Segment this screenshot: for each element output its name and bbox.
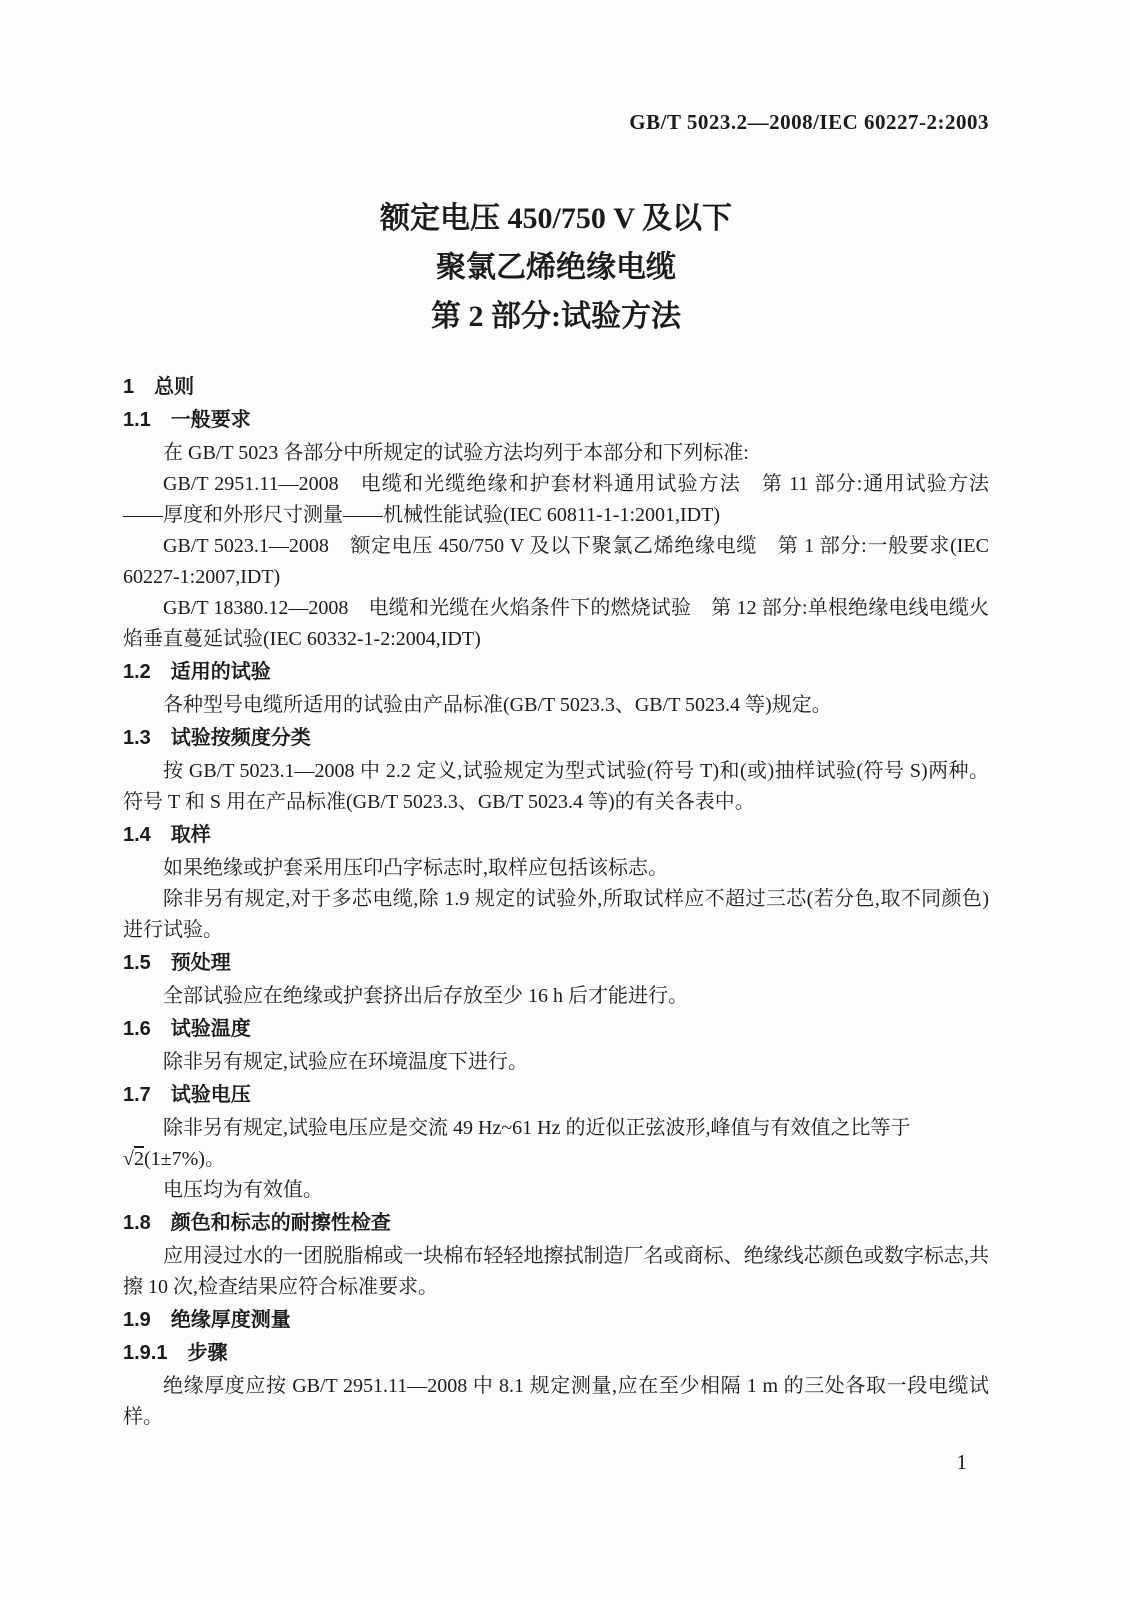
document-title: 额定电压 450/750 V 及以下 聚氯乙烯绝缘电缆 第 2 部分:试验方法: [123, 194, 989, 341]
paragraph-1-3: 按 GB/T 5023.1—2008 中 2.2 定义,试验规定为型式试验(符号…: [123, 756, 989, 818]
heading-1-9-1-procedure: 1.9.1 步骤: [123, 1338, 989, 1369]
reference-gbt-5023-1: GB/T 5023.1—2008 额定电压 450/750 V 及以下聚氯乙烯绝…: [123, 531, 989, 593]
reference-gbt-18380-12: GB/T 18380.12—2008 电缆和光缆在火焰条件下的燃烧试验 第 12…: [123, 593, 989, 655]
heading-1-2-applicable-tests: 1.2 适用的试验: [123, 657, 989, 688]
paragraph-1-7-rms-note: 电压均为有效值。: [123, 1175, 989, 1206]
heading-1-8-colour-marking-durability: 1.8 颜色和标志的耐擦性检查: [123, 1208, 989, 1239]
paragraph-1-1-intro: 在 GB/T 5023 各部分中所规定的试验方法均列于本部分和下列标准:: [123, 438, 989, 469]
heading-1-6-test-temperature: 1.6 试验温度: [123, 1014, 989, 1045]
standard-number-header: GB/T 5023.2—2008/IEC 60227-2:2003: [123, 110, 989, 135]
heading-1-1-general-requirements: 1.1 一般要求: [123, 405, 989, 436]
document-body: 1 总则 1.1 一般要求 在 GB/T 5023 各部分中所规定的试验方法均列…: [123, 370, 989, 1433]
document-page: GB/T 5023.2—2008/IEC 60227-2:2003 额定电压 4…: [0, 0, 1130, 1600]
heading-1-5-preconditioning: 1.5 预处理: [123, 948, 989, 979]
title-line-2: 聚氯乙烯绝缘电缆: [123, 243, 989, 292]
paragraph-1-8: 应用浸过水的一团脱脂棉或一块棉布轻轻地擦拭制造厂名或商标、绝缘线芯颜色或数字标志…: [123, 1241, 989, 1303]
page-number: 1: [957, 1450, 968, 1475]
sqrt-radicand: 2: [134, 1148, 144, 1170]
paragraph-1-2: 各种型号电缆所适用的试验由产品标准(GB/T 5023.3、GB/T 5023.…: [123, 690, 989, 721]
formula-tolerance-text: (1±7%)。: [144, 1148, 225, 1170]
sqrt-radical-sign: √: [123, 1148, 134, 1170]
paragraph-1-5: 全部试验应在绝缘或护套挤出后存放至少 16 h 后才能进行。: [123, 981, 989, 1012]
paragraph-1-4-b: 除非另有规定,对于多芯电缆,除 1.9 规定的试验外,所取试样应不超过三芯(若分…: [123, 884, 989, 946]
heading-1-3-test-frequency-classification: 1.3 试验按频度分类: [123, 723, 989, 754]
paragraph-1-6: 除非另有规定,试验应在环境温度下进行。: [123, 1047, 989, 1078]
paragraph-1-4-a: 如果绝缘或护套采用压印凸字标志时,取样应包括该标志。: [123, 853, 989, 884]
paragraph-1-7: 除非另有规定,试验电压应是交流 49 Hz~61 Hz 的近似正弦波形,峰值与有…: [123, 1113, 989, 1144]
formula-sqrt2-tolerance: √2(1±7%)。: [123, 1144, 989, 1175]
heading-1-9-insulation-thickness-measurement: 1.9 绝缘厚度测量: [123, 1305, 989, 1336]
title-line-3: 第 2 部分:试验方法: [123, 292, 989, 341]
reference-gbt-2951-11: GB/T 2951.11—2008 电缆和光缆绝缘和护套材料通用试验方法 第 1…: [123, 469, 989, 531]
heading-1-4-sampling: 1.4 取样: [123, 820, 989, 851]
heading-1-7-test-voltage: 1.7 试验电压: [123, 1080, 989, 1111]
paragraph-1-9-1: 绝缘厚度应按 GB/T 2951.11—2008 中 8.1 规定测量,应在至少…: [123, 1371, 989, 1433]
heading-1-general: 1 总则: [123, 372, 989, 403]
title-line-1: 额定电压 450/750 V 及以下: [123, 194, 989, 243]
